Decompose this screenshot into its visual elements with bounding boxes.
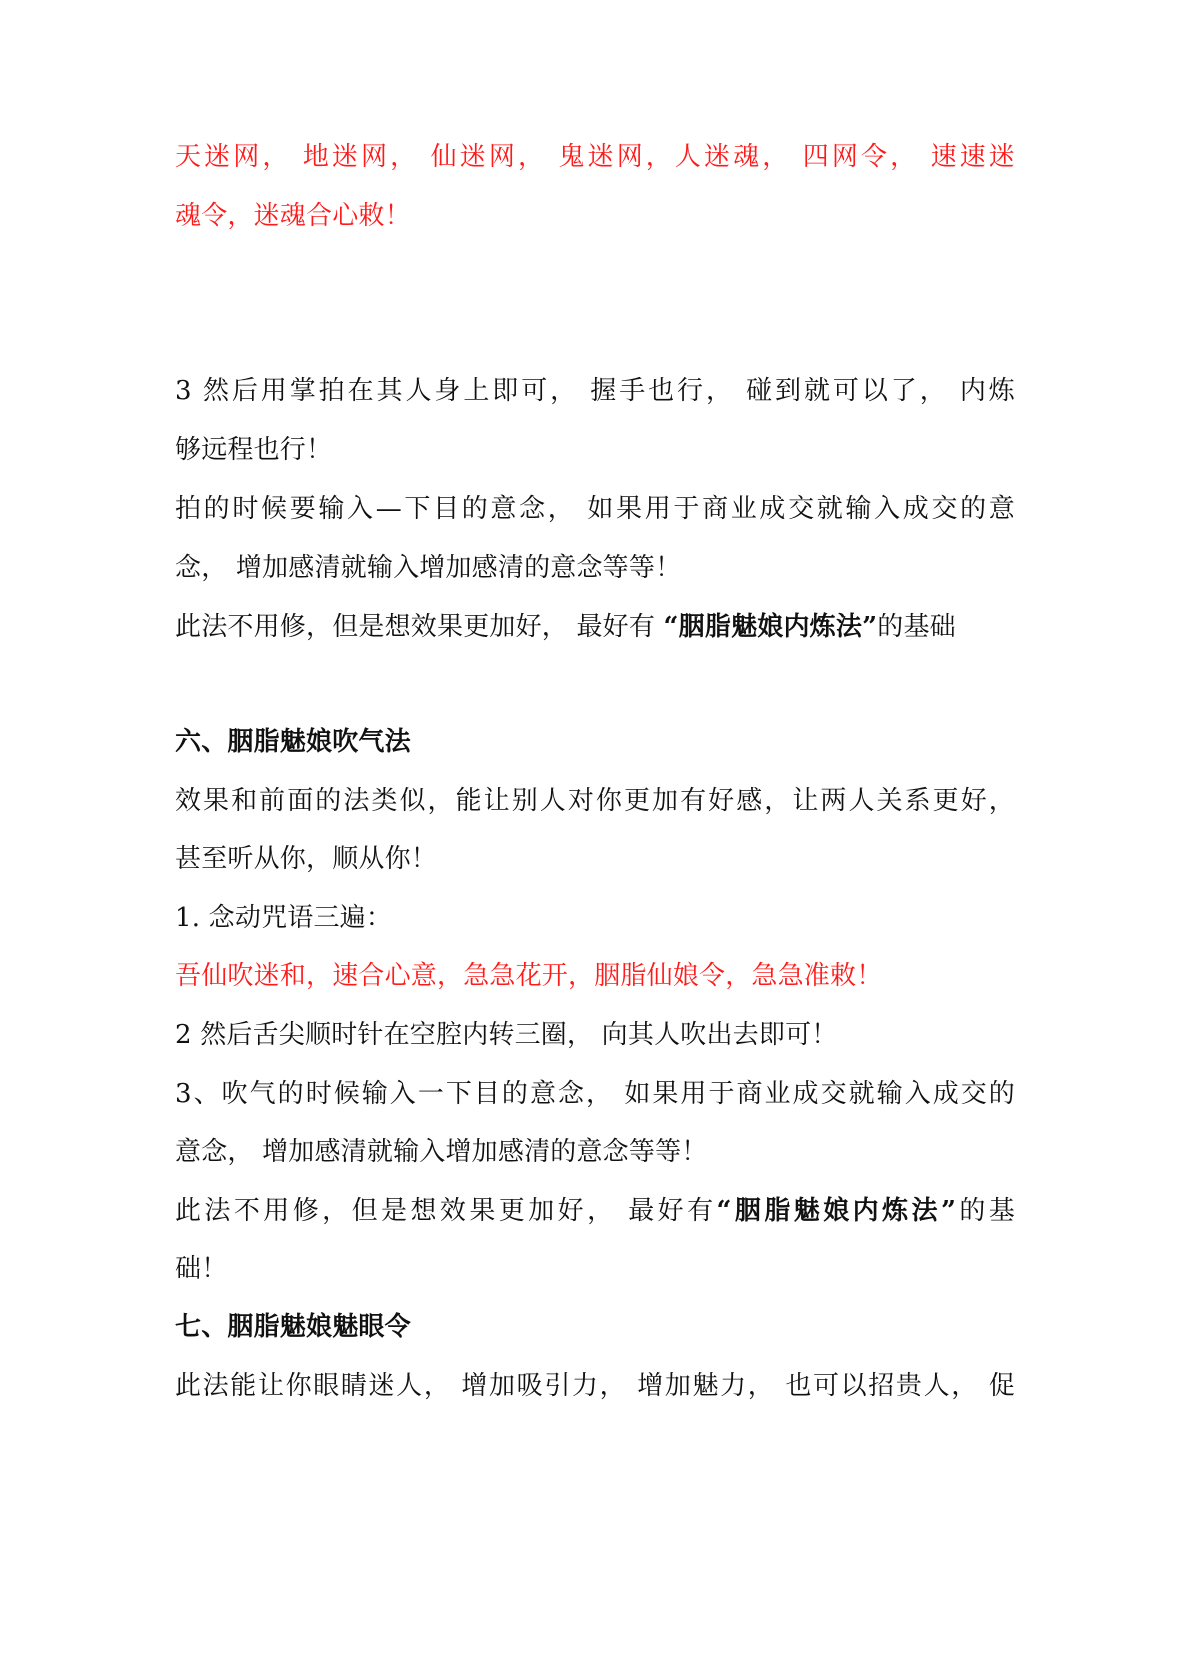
- step3-line-1: 3 然后用掌拍在其人身上即可， 握手也行， 碰到就可以了， 内炼: [175, 374, 1015, 408]
- section-6-incantation: 吾仙吹迷和，速合心意，急急花开，胭脂仙娘令，急急准敕！: [175, 959, 1015, 993]
- section-6-step-1: 1. 念动咒语三遍：: [175, 901, 1015, 935]
- note-text-after: 的基础: [877, 612, 956, 642]
- intent-line-1: 拍的时候要输入—下目的意念， 如果用于商业成交就输入成交的意: [175, 492, 1015, 526]
- section-6-note-line-1: 此法不用修，但是想效果更加好， 最好有“胭脂魅娘内炼法”的基: [175, 1194, 1015, 1228]
- section-6-step-2: 2 然后舌尖顺时针在空腔内转三圈， 向其人吹出去即可！: [175, 1018, 1015, 1052]
- section-7-heading: 七、胭脂魅娘魅眼令: [175, 1310, 1015, 1344]
- note-text-before: 此法不用修，但是想效果更加好， 最好有: [175, 1196, 717, 1226]
- section-6-note-line-2: 础！: [175, 1252, 1015, 1286]
- incantation-line-2: 魂令，迷魂合心敕！: [175, 199, 1015, 233]
- note-emphasis: “胭脂魅娘内炼法”: [664, 612, 878, 642]
- document-page: 天迷网， 地迷网， 仙迷网， 鬼迷网，人迷魂， 四网令， 速速迷 魂令，迷魂合心…: [0, 0, 1184, 1676]
- section-7-desc-line-1: 此法能让你眼睛迷人， 增加吸引力， 增加魅力， 也可以招贵人， 促: [175, 1369, 1015, 1403]
- section-6-step-3-line-2: 意念， 增加感清就输入增加感清的意念等等！: [175, 1135, 1015, 1169]
- note-emphasis: “胭脂魅娘内炼法”: [717, 1196, 957, 1226]
- note-text-before: 此法不用修，但是想效果更加好， 最好有: [175, 612, 664, 642]
- intent-line-2: 念， 增加感清就输入增加感清的意念等等！: [175, 551, 1015, 585]
- section-6-step-3-line-1: 3、吹气的时候输入一下目的意念， 如果用于商业成交就输入成交的: [175, 1077, 1015, 1111]
- incantation-line-1: 天迷网， 地迷网， 仙迷网， 鬼迷网，人迷魂， 四网令， 速速迷: [175, 140, 1015, 174]
- step3-line-2: 够远程也行！: [175, 433, 1015, 467]
- section-6-desc-line-1: 效果和前面的法类似，能让别人对你更加有好感，让两人关系更好，: [175, 784, 1015, 818]
- note-paragraph-1: 此法不用修，但是想效果更加好， 最好有 “胭脂魅娘内炼法”的基础: [175, 610, 1015, 644]
- section-6-desc-line-2: 甚至听从你，顺从你！: [175, 842, 1015, 876]
- section-6-heading: 六、胭脂魅娘吹气法: [175, 725, 1015, 759]
- note-text-after: 的基: [956, 1196, 1015, 1226]
